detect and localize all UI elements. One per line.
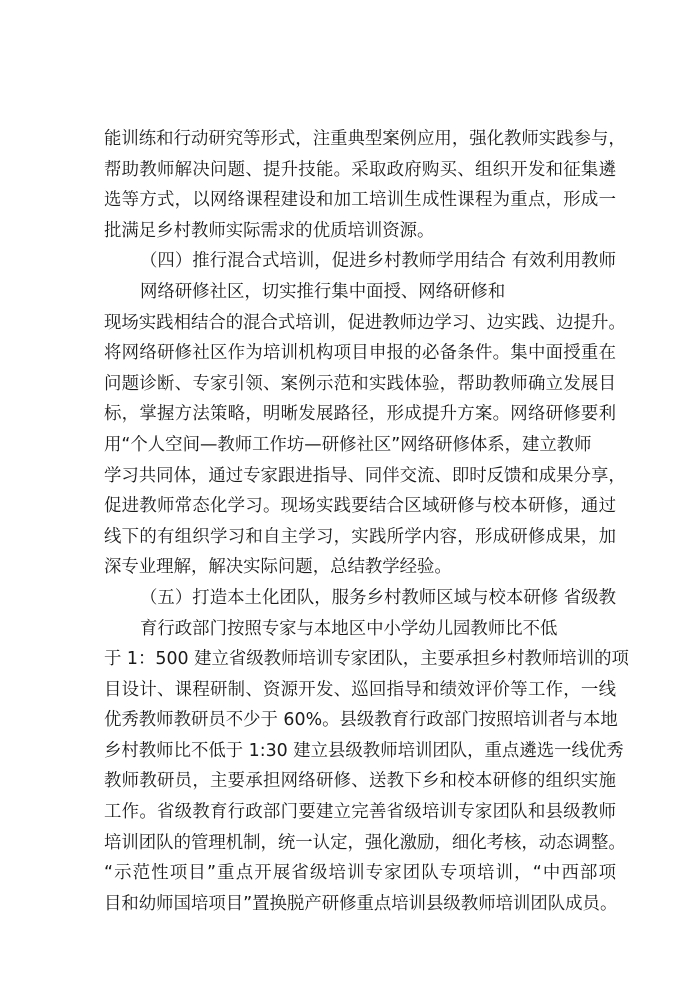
text-line: 目设计、课程研制、资源开发、巡回指导和绩效评价等工作，一线 <box>104 675 616 706</box>
text-line: 能训练和行动研究等形式，注重典型案例应用，强化教师实践参与， <box>104 124 616 155</box>
text-line: 用“个人空间—教师工作坊—研修社区”网络研修体系，建立教师 <box>104 430 616 461</box>
text-line: 教师教研员，主要承担网络研修、送教下乡和校本研修的组织实施 <box>104 766 616 797</box>
text-line: 网络研修社区，切实推行集中面授、网络研修和 <box>104 277 616 308</box>
text-line: 学习共同体，通过专家跟进指导、同伴交流、即时反馈和成果分享， <box>104 461 616 492</box>
text-line: 问题诊断、专家引领、案例示范和实践体验，帮助教师确立发展目 <box>104 369 616 400</box>
text-line: 优秀教师教研员不少于 60%。县级教育行政部门按照培训者与本地 <box>104 705 616 736</box>
paragraph-section-5: （五）打造本土化团队，服务乡村教师区域与校本研修 省级教 育行政部门按照专家与本… <box>104 583 616 920</box>
text-line: 现场实践相结合的混合式培训，促进教师边学习、边实践、边提升。 <box>104 308 616 339</box>
text-line: 乡村教师比不低于 1:30 建立县级教师培训团队，重点遴选一线优秀 <box>104 736 616 767</box>
text-line: “示范性项目”重点开展省级培训专家团队专项培训，“中西部项 <box>104 858 616 889</box>
text-line: 批满足乡村教师实际需求的优质培训资源。 <box>104 216 616 247</box>
text-line: 线下的有组织学习和自主学习，实践所学内容，形成研修成果，加 <box>104 522 616 553</box>
paragraph-continued: 能训练和行动研究等形式，注重典型案例应用，强化教师实践参与， 帮助教师解决问题、… <box>104 124 616 246</box>
text-line: 于 1：500 建立省级教师培训专家团队，主要承担乡村教师培训的项 <box>104 644 616 675</box>
text-line: 选等方式，以网络课程建设和加工培训生成性课程为重点，形成一 <box>104 185 616 216</box>
section-heading-line: （四）推行混合式培训，促进乡村教师学用结合 有效利用教师 <box>104 246 616 277</box>
document-page: 能训练和行动研究等形式，注重典型案例应用，强化教师实践参与， 帮助教师解决问题、… <box>104 124 616 919</box>
text-line: 育行政部门按照专家与本地区中小学幼儿园教师比不低 <box>104 614 616 645</box>
section-heading-line: （五）打造本土化团队，服务乡村教师区域与校本研修 省级教 <box>104 583 616 614</box>
text-line: 标，掌握方法策略，明晰发展路径，形成提升方案。网络研修要利 <box>104 399 616 430</box>
text-line: 目和幼师国培项目”置换脱产研修重点培训县级教师培训团队成员。 <box>104 889 616 920</box>
text-line: 工作。省级教育行政部门要建立完善省级培训专家团队和县级教师 <box>104 797 616 828</box>
text-line: 将网络研修社区作为培训机构项目申报的必备条件。集中面授重在 <box>104 338 616 369</box>
paragraph-section-4: （四）推行混合式培训，促进乡村教师学用结合 有效利用教师 网络研修社区，切实推行… <box>104 246 616 583</box>
text-line: 帮助教师解决问题、提升技能。采取政府购买、组织开发和征集遴 <box>104 155 616 186</box>
text-line: 深专业理解，解决实际问题，总结教学经验。 <box>104 552 616 583</box>
text-line: 培训团队的管理机制，统一认定，强化激励，细化考核，动态调整。 <box>104 828 616 859</box>
text-line: 促进教师常态化学习。现场实践要结合区域研修与校本研修，通过 <box>104 491 616 522</box>
